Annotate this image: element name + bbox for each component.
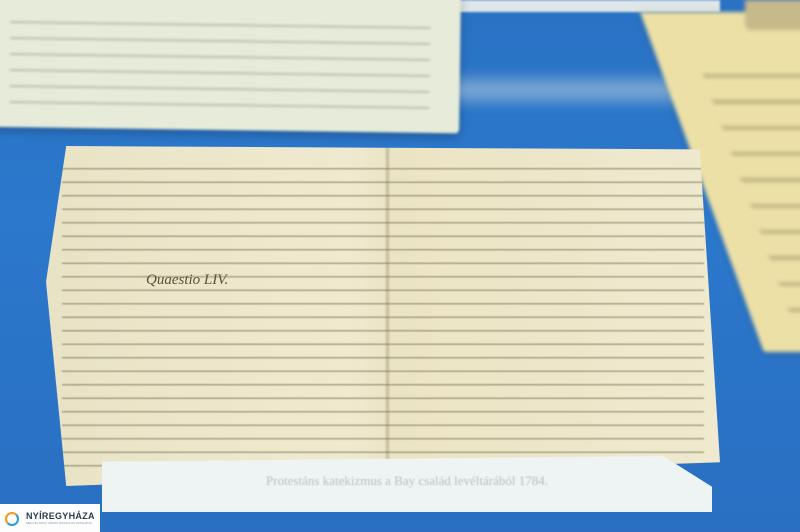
logo-subtitle: MEGYEI JOGÚ VÁROS HIVATALOS HONLAPJA (26, 522, 95, 525)
page-fold (386, 146, 389, 486)
background-object (745, 0, 800, 30)
photo-scene: Quaestio LIV. Protestáns katekizmus a Ba… (0, 0, 800, 532)
exhibit-caption-card: Protestáns katekizmus a Bay család levél… (102, 456, 712, 512)
handwritten-text (62, 156, 704, 476)
manuscript: Quaestio LIV. (46, 146, 720, 486)
city-logo-icon (4, 509, 22, 527)
background-label-strip (420, 0, 720, 12)
background-document-top (0, 0, 461, 133)
watermark-logo: NYÍREGYHÁZA MEGYEI JOGÚ VÁROS HIVATALOS … (0, 504, 100, 532)
caption-text: Protestáns katekizmus a Bay család levél… (266, 473, 548, 489)
manuscript-heading: Quaestio LIV. (146, 272, 228, 289)
logo-name: NYÍREGYHÁZA (26, 512, 95, 521)
